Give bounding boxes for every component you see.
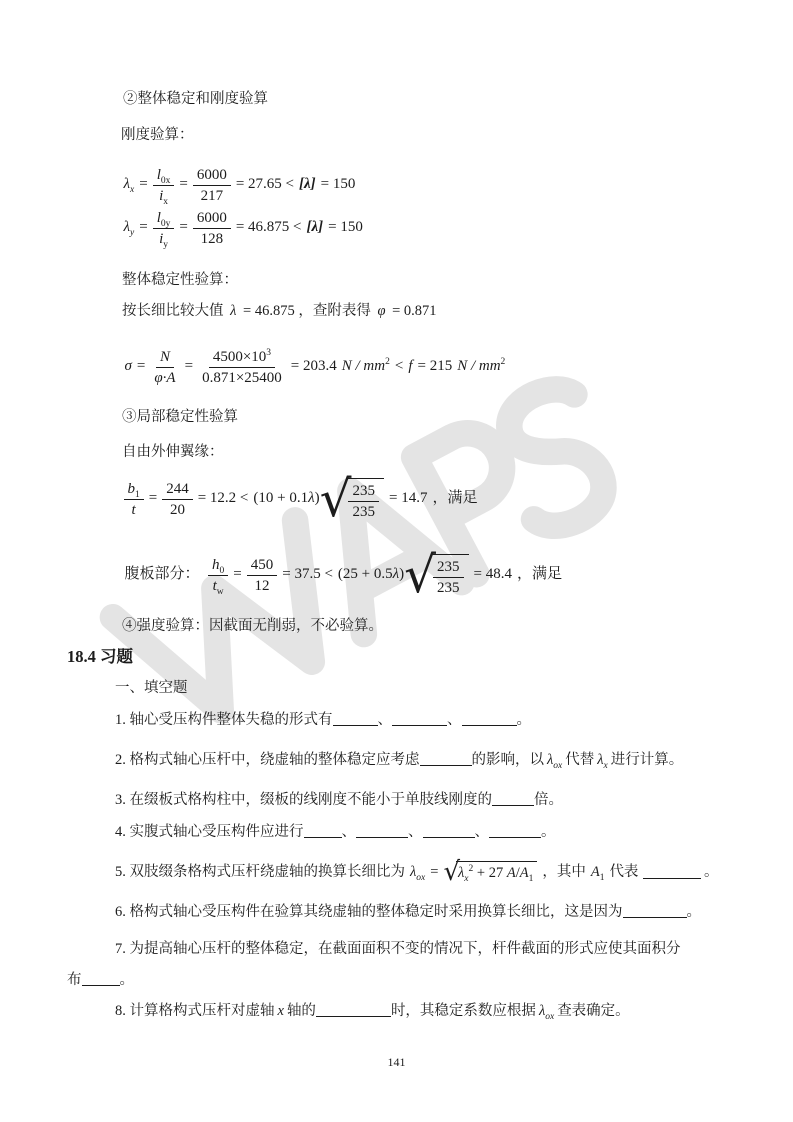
radicand: λx2 + 27 A/A1 (456, 861, 537, 883)
math-token: 4500×10 (213, 349, 266, 365)
blank-line (392, 712, 447, 726)
blank-line (316, 1003, 391, 1017)
fraction-numerator: l0y (153, 209, 175, 229)
math-token: A (520, 865, 529, 881)
question-text: 进行计算。 (611, 752, 684, 768)
math-var: λy (124, 218, 135, 238)
question-text: 。 (541, 824, 556, 840)
math-var: λox (410, 863, 425, 882)
question-text: 、 (378, 712, 393, 728)
math-sub: y (130, 228, 134, 238)
question-text: 时，其稳定系数应根据 (391, 1003, 536, 1019)
question-text: 、 (408, 824, 423, 840)
web-label: 腹板部分： (125, 565, 200, 585)
question-text: 1. 轴心受压构件整体失稳的形式有 (115, 712, 333, 728)
math-sub: 1 (529, 874, 534, 884)
math-result: = 203.4 (291, 357, 337, 377)
overall-stability-label: 整体稳定性验算： (122, 271, 238, 290)
question-text: 倍。 (534, 792, 563, 808)
fraction-numerator: h0 (208, 556, 228, 576)
math-sub: w (217, 587, 224, 597)
math-token: N / mm (342, 358, 385, 374)
fraction-denominator: iy (155, 229, 172, 248)
page-number: 141 (0, 1055, 793, 1070)
math-value: = 215 (417, 357, 452, 377)
fraction-denominator: 20 (166, 500, 189, 519)
formula-lambda-x: λx = l0xix = 6000217 = 27.65 < [λ] = 150 (121, 162, 358, 208)
blank-line (82, 972, 120, 986)
question-5: 5. 双肢缀条格构式压杆绕虚轴的换算长细比为 λox = √λx2 + 27 A… (115, 851, 721, 893)
fraction: Nφ·A (150, 348, 179, 387)
math-result: = 12.2 < (198, 489, 249, 509)
question-text: 代替 (565, 752, 594, 768)
fraction: h0tw (208, 556, 228, 595)
fraction: 235235 (433, 558, 464, 597)
blank-line (423, 824, 475, 838)
square-root: √λx2 + 27 A/A1 (443, 861, 537, 883)
math-token: φ (377, 303, 385, 319)
fraction-numerator: l0x (153, 166, 175, 186)
math-sup: 2 (469, 864, 474, 874)
math-token: b (128, 481, 136, 497)
formula-lambda-y: λy = l0yiy = 6000128 = 46.875 < [λ] = 15… (121, 205, 365, 251)
section4-line: ④强度验算：因截面无削弱，不必验算。 (122, 617, 383, 636)
fraction: l0xix (153, 166, 175, 205)
question-text: 6. 格构式轴心受压构件在验算其绕虚轴的整体稳定时采用换算长细比，这是因为 (115, 904, 623, 920)
formula-sigma: σ = Nφ·A = 4500×1030.871×25400 = 203.4 N… (122, 342, 508, 392)
radicand: 235235 (346, 478, 384, 521)
fraction-numerator: 235 (348, 482, 379, 502)
math-sup: 2 (501, 357, 506, 367)
math-paren: (10 + 0.1λ) (253, 489, 319, 509)
question-text: 的影响，以 (472, 752, 545, 768)
math-result: = 46.875 < (236, 218, 302, 238)
fraction-denominator: φ·A (150, 368, 179, 387)
fraction: 24420 (162, 480, 193, 519)
stiffness-check-label: 刚度验算： (121, 126, 194, 145)
blank-line (623, 904, 687, 918)
fraction-denominator: 12 (250, 576, 273, 595)
math-result: = 14.7 (389, 489, 427, 509)
question-7-line1: 7. 为提高轴心压杆的整体稳定，在截面面积不变的情况下，杆件截面的形式应使其面积… (115, 940, 681, 959)
math-operator: = (185, 357, 193, 377)
question-text: 。 (704, 863, 719, 882)
math-token: + 27 (477, 865, 503, 881)
question-text: 查表确定。 (557, 1003, 630, 1019)
math-token: f (408, 357, 412, 377)
math-value: = 0.871 (392, 303, 436, 319)
math-sub: 1 (135, 490, 140, 500)
document-page: WAPS ②整体稳定和刚度验算 刚度验算： λx = l0xix = 60002… (0, 0, 793, 1122)
fraction-numerator: 244 (162, 480, 193, 500)
question-text: 3. 在缀板式格构柱中，缀板的线刚度不能小于单肢线刚度的 (115, 792, 492, 808)
math-result: = 48.4 (474, 565, 512, 585)
exercises-heading: 18.4 习题 (67, 646, 133, 667)
math-result: = 27.65 < (236, 175, 294, 195)
fill-blank-subheading: 一、填空题 (115, 679, 188, 698)
blank-line (304, 824, 342, 838)
question-3: 3. 在缀板式格构柱中，缀板的线刚度不能小于单肢线刚度的倍。 (115, 791, 563, 810)
question-8: 8. 计算格构式压杆对虚轴x轴的时，其稳定系数应根据λox查表确定。 (115, 1002, 630, 1021)
question-text: 5. 双肢缀条格构式压杆绕虚轴的换算长细比为 (115, 863, 405, 882)
fraction-numerator: 235 (433, 558, 464, 578)
math-unit: N / mm2 (457, 357, 505, 377)
math-sub: 0y (161, 219, 171, 229)
fraction-numerator: b1 (124, 480, 144, 500)
blank-line (356, 824, 408, 838)
question-1: 1. 轴心受压构件整体失稳的形式有、、。 (115, 711, 531, 730)
fraction-denominator: 235 (433, 578, 464, 597)
math-operator: < (395, 357, 403, 377)
math-result: = 37.5 < (282, 565, 333, 585)
math-token: h (212, 557, 220, 573)
fraction-numerator: 6000 (193, 166, 231, 186)
blank-line (489, 824, 541, 838)
math-operator: = (139, 218, 147, 238)
math-var: λox (547, 752, 562, 768)
question-4: 4. 实腹式轴心受压构件应进行、、、。 (115, 823, 556, 842)
section3-heading: ③局部稳定性验算 (122, 408, 238, 427)
question-text: 、 (475, 824, 490, 840)
math-paren: (25 + 0.5λ) (338, 565, 404, 585)
square-root: √235235 (404, 554, 468, 597)
fraction-denominator: tw (209, 576, 228, 595)
slenderness-sentence: 按长细比较大值 λ = 46.875 ，查附表得 φ = 0.871 (122, 302, 437, 321)
math-bracket-lambda: [λ] (299, 175, 316, 195)
blank-line (462, 712, 517, 726)
fraction-denominator: 235 (348, 502, 379, 521)
fraction: b1t (124, 480, 144, 519)
math-sub: x (604, 761, 608, 771)
blank-line (492, 792, 534, 806)
math-sub: x (130, 185, 134, 195)
fraction-numerator: N (156, 348, 174, 368)
math-sup: 2 (385, 357, 390, 367)
formula-flange: b1t = 24420 = 12.2 < (10 + 0.1λ) √235235… (121, 466, 480, 532)
fraction-denominator: 0.871×25400 (198, 368, 286, 387)
math-operator: = (233, 565, 241, 585)
math-unit: N / mm2 (342, 357, 390, 377)
question-text: 。 (687, 904, 702, 920)
math-token: σ (125, 357, 132, 377)
question-text: 、 (342, 824, 357, 840)
math-sub: ox (545, 1012, 554, 1022)
fraction: 4500×1030.871×25400 (198, 348, 286, 387)
question-2: 2. 格构式轴心压杆中，绕虚轴的整体稳定应考虑的影响，以λox代替λx进行计算。 (115, 751, 683, 770)
radicand: 235235 (431, 554, 469, 597)
math-operator: = (179, 218, 187, 238)
satisfy-text: ，满足 (517, 565, 562, 585)
question-7-line2: 布。 (67, 971, 134, 990)
math-sub: 1 (600, 872, 605, 882)
satisfy-text: ，满足 (432, 489, 477, 509)
fraction: 235235 (348, 482, 379, 521)
math-limit: = 150 (321, 175, 356, 195)
question-text: 。 (120, 972, 135, 988)
text-segment: 按长细比较大值 (122, 303, 224, 319)
fraction-numerator: 6000 (193, 209, 231, 229)
blank-line (333, 712, 378, 726)
question-6: 6. 格构式轴心受压构件在验算其绕虚轴的整体稳定时采用换算长细比，这是因为。 (115, 903, 701, 922)
formula-web: 腹板部分： h0tw = 45012 = 37.5 < (25 + 0.5λ) … (122, 542, 564, 608)
fraction: 45012 (247, 556, 278, 595)
math-operator: = (137, 357, 145, 377)
math-var: λx (124, 175, 135, 195)
math-limit: = 150 (328, 218, 363, 238)
math-token: x (278, 1003, 284, 1019)
fraction-denominator: t (128, 500, 140, 519)
square-root: √235235 (320, 478, 384, 521)
math-sub: y (163, 240, 168, 250)
text-segment: ，查附表得 (298, 303, 371, 319)
question-text: 代表 (609, 863, 638, 882)
math-operator: = (179, 175, 187, 195)
fraction-denominator: 128 (197, 229, 228, 248)
math-value: = 46.875 (243, 303, 295, 319)
math-sub: ox (416, 872, 425, 882)
math-sup: 3 (266, 348, 271, 358)
question-text: ，其中 (542, 863, 586, 882)
fraction: 6000217 (193, 166, 231, 205)
question-text: 布 (67, 972, 82, 988)
math-sub: x (464, 874, 468, 884)
fraction-denominator: 217 (197, 186, 228, 205)
question-text: 、 (447, 712, 462, 728)
math-token: (25 + 0.5 (338, 566, 393, 582)
math-token: A (591, 864, 600, 880)
question-text: 。 (517, 712, 532, 728)
math-sub: ox (553, 761, 562, 771)
question-text: 2. 格构式轴心压杆中，绕虚轴的整体稳定应考虑 (115, 752, 420, 768)
math-sub: 0x (161, 176, 171, 186)
flange-label: 自由外伸翼缘： (122, 443, 224, 462)
section2-heading: ②整体稳定和刚度验算 (123, 90, 268, 109)
math-var: λx (597, 752, 608, 768)
math-token: A (507, 865, 516, 881)
math-token: N / mm (457, 358, 500, 374)
question-text: 轴的 (287, 1003, 316, 1019)
math-var: A1 (591, 863, 605, 882)
question-text: 4. 实腹式轴心受压构件应进行 (115, 824, 304, 840)
math-operator: = (430, 863, 438, 882)
question-text: 8. 计算格构式压杆对虚轴 (115, 1003, 275, 1019)
math-var: λox (539, 1003, 554, 1019)
blank-line (420, 752, 472, 766)
fraction-numerator: 450 (247, 556, 278, 576)
fraction: l0yiy (153, 209, 175, 248)
blank-line (643, 865, 701, 879)
fraction: 6000128 (193, 209, 231, 248)
fraction-denominator: ix (155, 186, 172, 205)
math-token: λ (230, 303, 236, 319)
math-operator: = (139, 175, 147, 195)
math-sub: 0 (220, 566, 225, 576)
math-token: (10 + 0.1 (253, 490, 308, 506)
math-bracket-lambda: [λ] (307, 218, 324, 238)
fraction-numerator: 4500×103 (209, 348, 275, 368)
math-operator: = (149, 489, 157, 509)
